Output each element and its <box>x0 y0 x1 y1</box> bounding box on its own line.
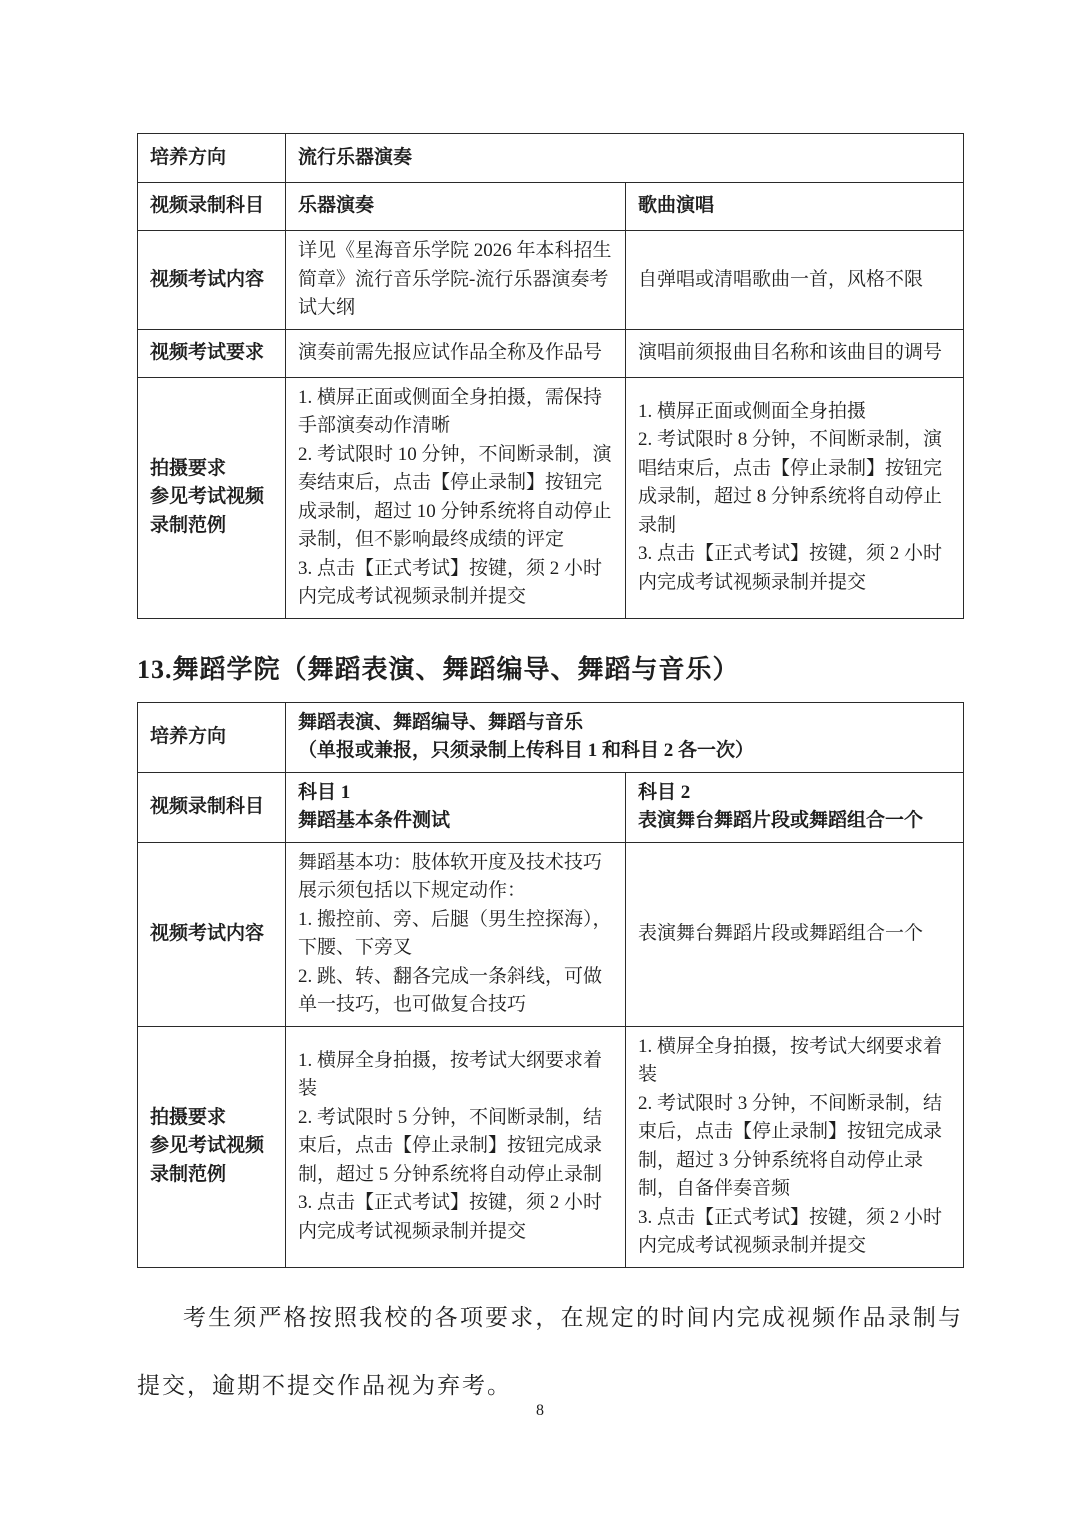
row-label-exam-content: 视频考试内容 <box>138 842 286 1026</box>
row-label-direction: 培养方向 <box>138 134 286 183</box>
page-number: 8 <box>0 1402 1080 1420</box>
table-row: 拍摄要求 参见考试视频 录制范例 1. 横屏正面或侧面全身拍摄，需保持手部演奏动… <box>138 377 964 618</box>
cell-direction-value: 流行乐器演奏 <box>286 134 964 183</box>
cell-exam-requirement-instrument: 演奏前需先报应试作品全称及作品号 <box>286 329 626 377</box>
table-row: 视频考试内容 舞蹈基本功：肢体软开度及技术技巧展示须包括以下规定动作： 1. 搬… <box>138 842 964 1026</box>
closing-paragraph: 考生须严格按照我校的各项要求，在规定的时间内完成视频作品录制与提交，逾期不提交作… <box>137 1284 963 1420</box>
cell-filming-song: 1. 横屏正面或侧面全身拍摄 2. 考试限时 8 分钟，不间断录制，演唱结束后，… <box>626 377 964 618</box>
cell-exam-content-subject2: 表演舞台舞蹈片段或舞蹈组合一个 <box>626 842 964 1026</box>
cell-filming-subject2: 1. 横屏全身拍摄，按考试大纲要求着装 2. 考试限时 3 分钟，不间断录制，结… <box>626 1026 964 1267</box>
cell-filming-subject1: 1. 横屏全身拍摄，按考试大纲要求着装 2. 考试限时 5 分钟，不间断录制，结… <box>286 1026 626 1267</box>
cell-exam-requirement-song: 演唱前须报曲目名称和该曲目的调号 <box>626 329 964 377</box>
cell-subject-1: 科目 1 舞蹈基本条件测试 <box>286 772 626 842</box>
table-row: 视频考试要求 演奏前需先报应试作品全称及作品号 演唱前须报曲目名称和该曲目的调号 <box>138 329 964 377</box>
table-row: 视频考试内容 详见《星海音乐学院 2026 年本科招生简章》流行音乐学院-流行乐… <box>138 231 964 330</box>
table-row: 视频录制科目 科目 1 舞蹈基本条件测试 科目 2 表演舞台舞蹈片段或舞蹈组合一… <box>138 772 964 842</box>
document-page: 培养方向 流行乐器演奏 视频录制科目 乐器演奏 歌曲演唱 视频考试内容 详见《星… <box>0 0 1080 1527</box>
cell-filming-instrument: 1. 横屏正面或侧面全身拍摄，需保持手部演奏动作清晰 2. 考试限时 10 分钟… <box>286 377 626 618</box>
row-label-subjects: 视频录制科目 <box>138 183 286 231</box>
cell-exam-content-subject1: 舞蹈基本功：肢体软开度及技术技巧展示须包括以下规定动作： 1. 搬控前、旁、后腿… <box>286 842 626 1026</box>
row-label-exam-requirement: 视频考试要求 <box>138 329 286 377</box>
row-label-filming: 拍摄要求 参见考试视频 录制范例 <box>138 1026 286 1267</box>
cell-direction-value: 舞蹈表演、舞蹈编导、舞蹈与音乐 （单报或兼报，只须录制上传科目 1 和科目 2 … <box>286 702 964 772</box>
table-row: 拍摄要求 参见考试视频 录制范例 1. 横屏全身拍摄，按考试大纲要求着装 2. … <box>138 1026 964 1267</box>
cell-subject-instrument: 乐器演奏 <box>286 183 626 231</box>
cell-subject-2: 科目 2 表演舞台舞蹈片段或舞蹈组合一个 <box>626 772 964 842</box>
dance-requirements-table: 培养方向 舞蹈表演、舞蹈编导、舞蹈与音乐 （单报或兼报，只须录制上传科目 1 和… <box>137 702 964 1268</box>
table-row: 培养方向 舞蹈表演、舞蹈编导、舞蹈与音乐 （单报或兼报，只须录制上传科目 1 和… <box>138 702 964 772</box>
cell-exam-content-song: 自弹唱或清唱歌曲一首，风格不限 <box>626 231 964 330</box>
row-label-exam-content: 视频考试内容 <box>138 231 286 330</box>
table-row: 培养方向 流行乐器演奏 <box>138 134 964 183</box>
table-row: 视频录制科目 乐器演奏 歌曲演唱 <box>138 183 964 231</box>
section-heading: 13.舞蹈学院（舞蹈表演、舞蹈编导、舞蹈与音乐） <box>137 649 963 686</box>
pop-instrument-requirements-table: 培养方向 流行乐器演奏 视频录制科目 乐器演奏 歌曲演唱 视频考试内容 详见《星… <box>137 133 964 619</box>
row-label-direction: 培养方向 <box>138 702 286 772</box>
document-content: 培养方向 流行乐器演奏 视频录制科目 乐器演奏 歌曲演唱 视频考试内容 详见《星… <box>137 133 963 1420</box>
cell-exam-content-instrument: 详见《星海音乐学院 2026 年本科招生简章》流行音乐学院-流行乐器演奏考试大纲 <box>286 231 626 330</box>
row-label-filming: 拍摄要求 参见考试视频 录制范例 <box>138 377 286 618</box>
cell-subject-song: 歌曲演唱 <box>626 183 964 231</box>
row-label-subjects: 视频录制科目 <box>138 772 286 842</box>
